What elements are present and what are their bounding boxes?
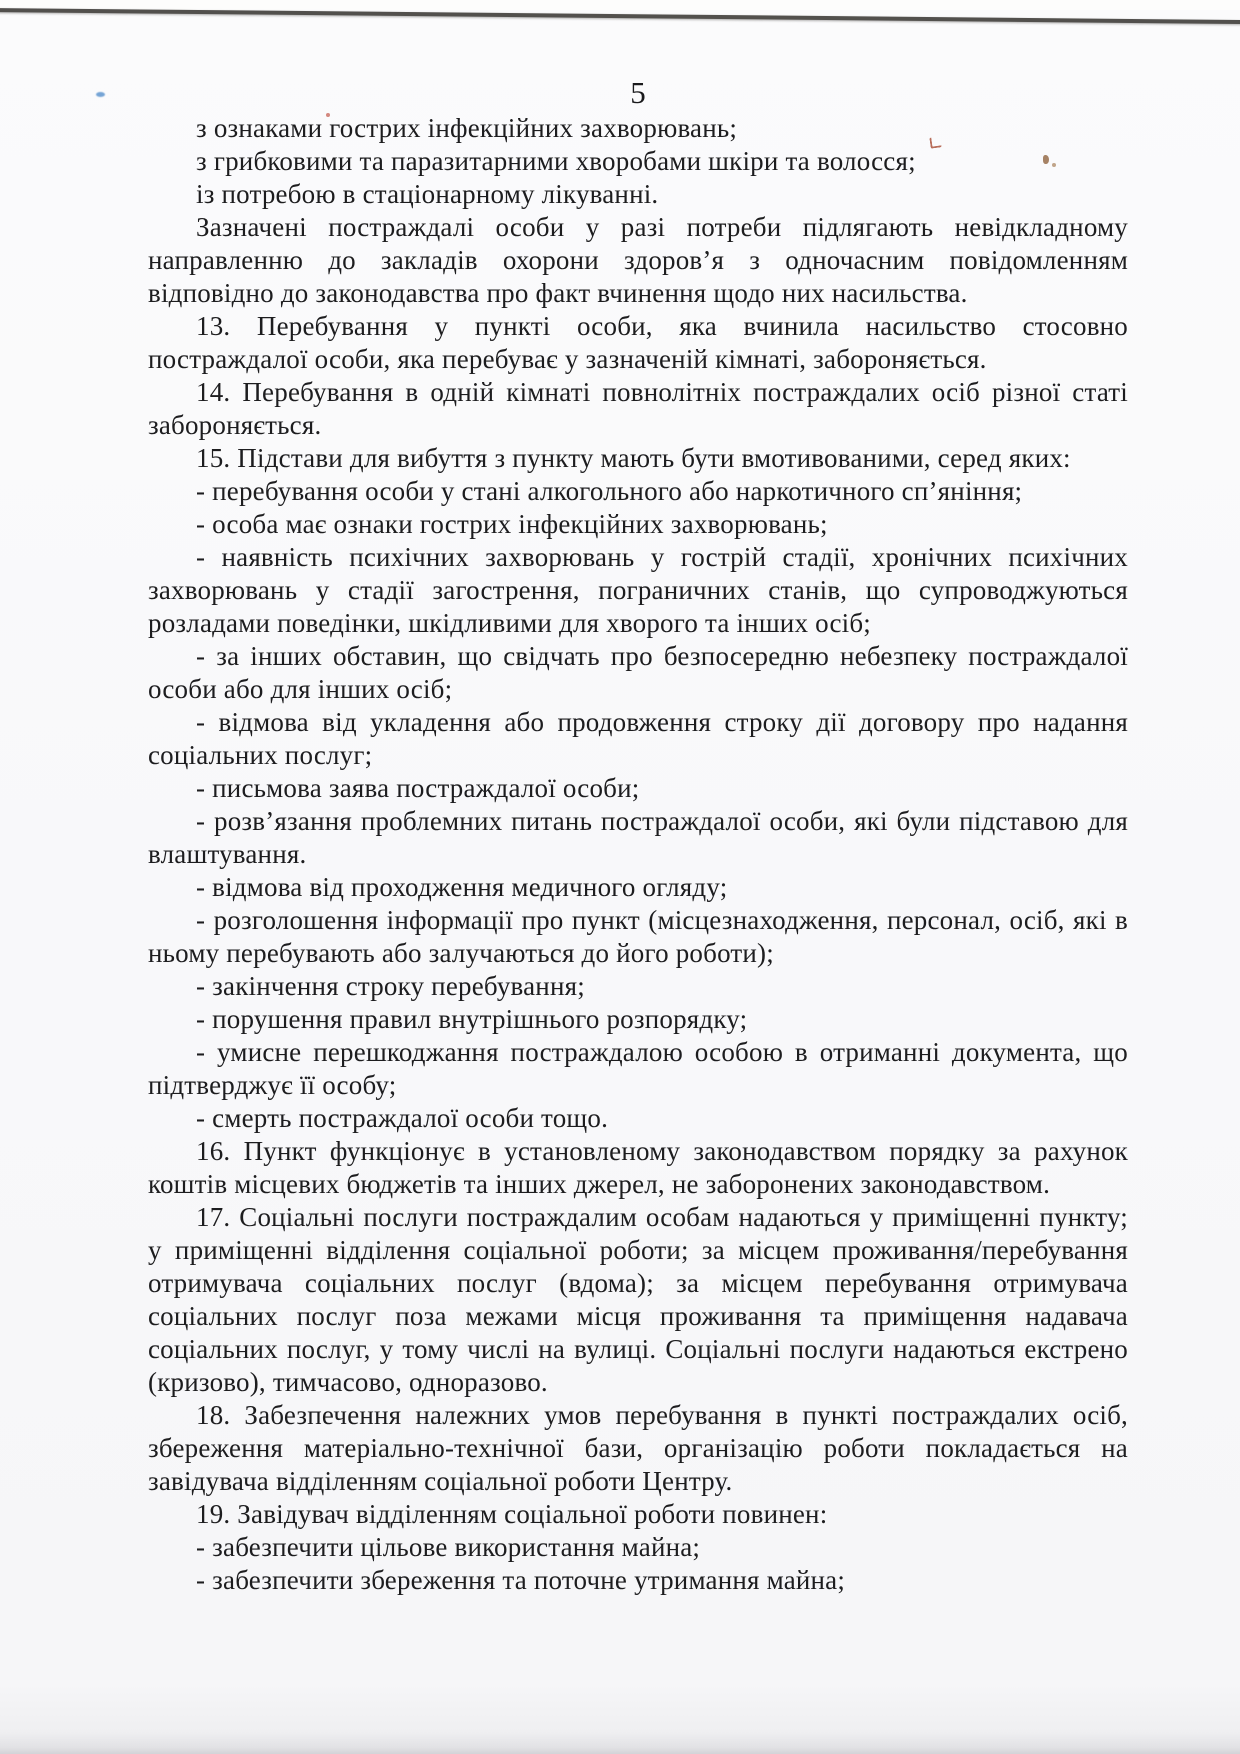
paragraph: 15. Підстави для вибуття з пункту мають …: [148, 442, 1128, 475]
paragraph: - закінчення строку перебування;: [148, 970, 1128, 1003]
paragraph: - порушення правил внутрішнього розпоряд…: [148, 1003, 1128, 1036]
paragraph: з ознаками гострих інфекційних захворюва…: [148, 112, 1128, 145]
paragraph: - забезпечити цільове використання майна…: [148, 1531, 1128, 1564]
document-body: з ознаками гострих інфекційних захворюва…: [148, 112, 1128, 1597]
scanned-document-page: 5 з ознаками гострих інфекційних захворю…: [0, 0, 1240, 1754]
paragraph: - за інших обставин, що свідчать про без…: [148, 640, 1128, 706]
paragraph: - письмова заява постраждалої особи;: [148, 772, 1128, 805]
paragraph: 13. Перебування у пункті особи, яка вчин…: [148, 310, 1128, 376]
paragraph: 18. Забезпечення належних умов перебуван…: [148, 1399, 1128, 1498]
paragraph: - розв’язання проблемних питань постражд…: [148, 805, 1128, 871]
paragraph: - відмова від укладення або продовження …: [148, 706, 1128, 772]
scanner-top-strip: [0, 0, 1240, 10]
paragraph: 14. Перебування в одній кімнаті повноліт…: [148, 376, 1128, 442]
paragraph: - перебування особи у стані алкогольного…: [148, 475, 1128, 508]
paragraph: - умисне перешкоджання постраждалою особ…: [148, 1036, 1128, 1102]
page-number: 5: [148, 76, 1128, 110]
paragraph: Зазначені постраждалі особи у разі потре…: [148, 211, 1128, 310]
paragraph: - наявність психічних захворювань у гост…: [148, 541, 1128, 640]
paragraph: 17. Соціальні послуги постраждалим особа…: [148, 1201, 1128, 1399]
paragraph: - забезпечити збереження та поточне утри…: [148, 1564, 1128, 1597]
scanner-bottom-shade: [0, 1732, 1240, 1754]
paragraph: - смерть постраждалої особи тощо.: [148, 1102, 1128, 1135]
paragraph: 16. Пункт функціонує в установленому зак…: [148, 1135, 1128, 1201]
scan-edge-line: [0, 8, 1240, 24]
paragraph: - особа має ознаки гострих інфекційних з…: [148, 508, 1128, 541]
paragraph: 19. Завідувач відділенням соціальної роб…: [148, 1498, 1128, 1531]
paragraph: - відмова від проходження медичного огля…: [148, 871, 1128, 904]
paragraph: з грибковими та паразитарними хворобами …: [148, 145, 1128, 178]
blue-ink-speck: [96, 92, 105, 97]
paragraph: - розголошення інформації про пункт (міс…: [148, 904, 1128, 970]
paragraph: із потребою в стаціонарному лікуванні.: [148, 178, 1128, 211]
